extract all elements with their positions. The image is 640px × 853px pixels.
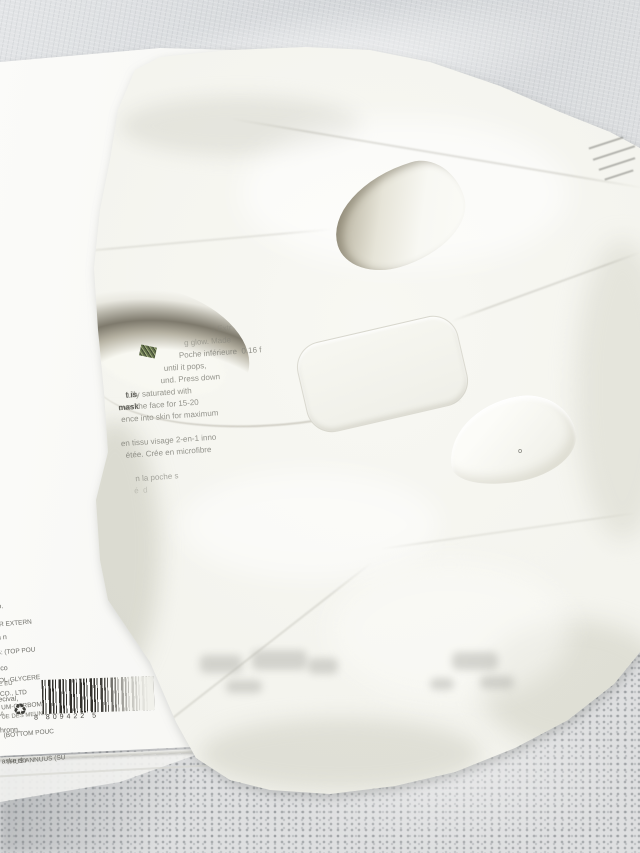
blurred-print [452,652,498,670]
mask-wrinkle-shadow [200,718,480,790]
photo-scene: se nk do. ta n i co ecival, hronn, aske … [0,0,640,853]
bold-print-fragment: t is [125,389,140,402]
blurred-print [226,680,262,693]
blurred-print [252,650,307,670]
pouch-line: é d [124,484,148,498]
tiny-print-mark: o [518,448,522,455]
mouth-slit-cutout [292,311,473,438]
blurred-print [430,678,454,690]
mask-wrinkle-shadow [575,240,640,540]
blurred-print [200,655,242,673]
mask-highlight [180,470,440,580]
sheet-mask-wrap: o [0,0,640,853]
blurred-print [480,676,514,689]
sheet-mask: o [0,0,640,853]
blurred-print [308,658,338,674]
eye-hole-cutout-2: o [442,388,583,493]
line-gap [120,426,121,436]
